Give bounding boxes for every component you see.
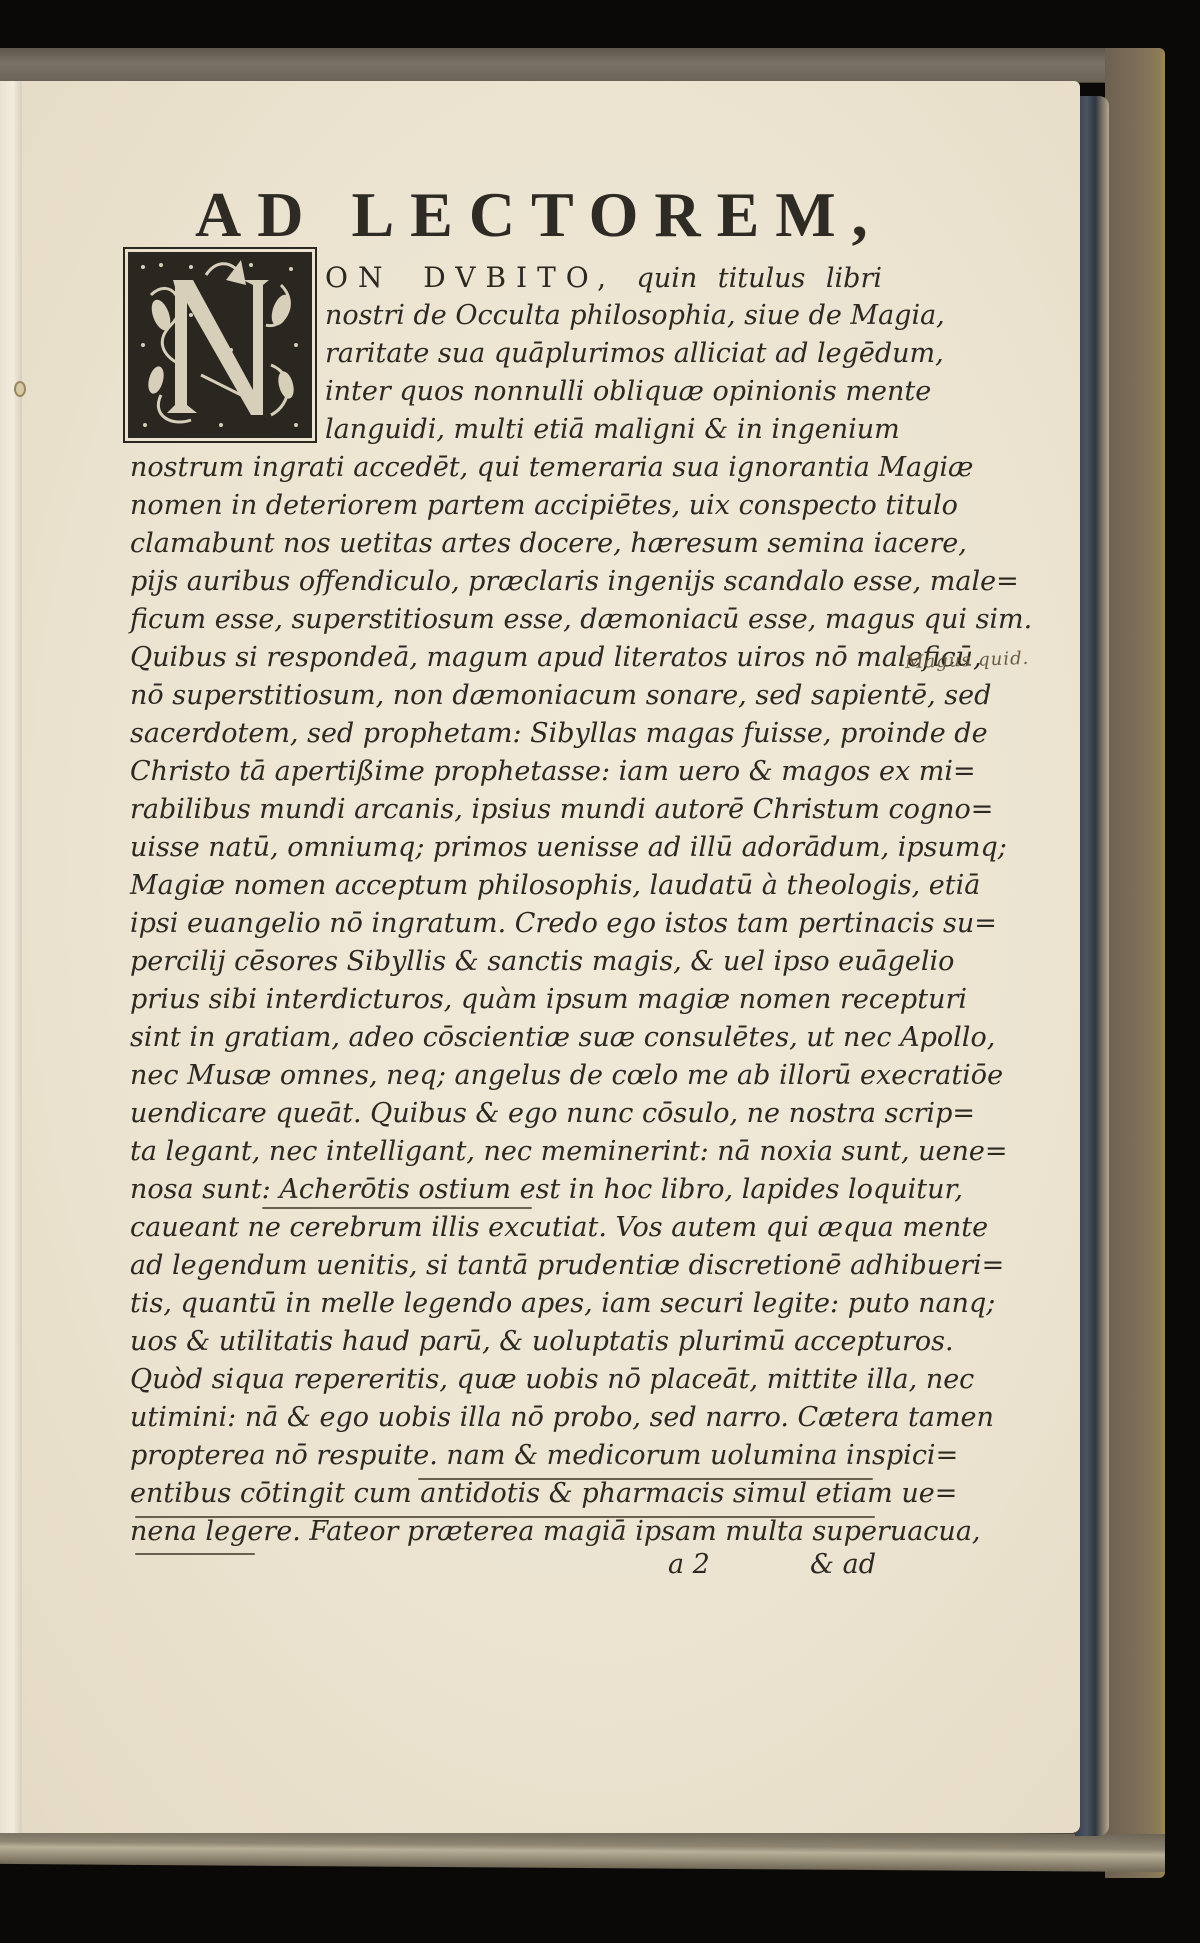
- gutter-left-page: [0, 81, 22, 1833]
- text-line-8: clamabunt nos uetitas artes docere, hære…: [130, 524, 882, 564]
- text-line-30: Quòd siqua repereritis, quæ uobis nō pla…: [130, 1360, 882, 1400]
- text-line-16: uisse natū, omniumq; primos uenisse ad i…: [130, 828, 882, 868]
- text-line-15: rabilibus mundi arcanis, ipsius mundi au…: [130, 790, 882, 830]
- text-line-27: ad legendum uenitis, si tantā prudentiæ …: [130, 1246, 882, 1286]
- ink-underline: [418, 1478, 873, 1480]
- ink-underline: [262, 1207, 532, 1209]
- text-line-4: inter quos nonnulli obliquæ opinionis me…: [325, 372, 882, 412]
- text-line-11: Quibus si respondeā, magum apud literato…: [130, 638, 882, 678]
- text-line-28: tis, quantū in melle legendo apes, iam s…: [130, 1284, 882, 1324]
- text-line-31: utimini: nā & ego uobis illa nō probo, s…: [130, 1398, 882, 1438]
- text-line-22: nec Musæ omnes, neq; angelus de cœlo me …: [130, 1056, 882, 1096]
- book-binding-top: [0, 48, 1160, 83]
- text-line-20: prius sibi interdicturos, quàm ipsum mag…: [130, 980, 882, 1020]
- decorated-initial-n: [128, 252, 312, 438]
- text-line-5: languidi, multi etiā maligni & in ingeni…: [325, 410, 882, 450]
- ink-underline: [135, 1516, 875, 1518]
- text-line-25: nosa sunt: Acherōtis ostium est in hoc l…: [130, 1170, 882, 1210]
- text-line-23: uendicare queāt. Quibus & ego nunc cōsul…: [130, 1094, 882, 1134]
- text-line-9: pijs auribus offendiculo, præclaris inge…: [130, 562, 882, 602]
- text-line-10: ficum esse, superstitiosum esse, dæmonia…: [130, 600, 882, 640]
- text-line-17: Magiæ nomen acceptum philosophis, laudat…: [130, 866, 882, 906]
- text-line-32: propterea nō respuite. nam & medicorum u…: [130, 1436, 882, 1476]
- text-line-19: percilij cēsores Sibyllis & sanctis magi…: [130, 942, 882, 982]
- page-title: AD LECTOREM,: [195, 178, 835, 252]
- text-line-6: nostrum ingrati accedēt, qui temeraria s…: [130, 448, 882, 488]
- book-cover-right-edge: [1105, 48, 1165, 1878]
- text-line-1: ON DVBITO, quin titulus libri: [325, 258, 882, 298]
- page-block-edge: [1075, 96, 1109, 1836]
- text-line-26: caueant ne cerebrum illis excutiat. Vos …: [130, 1208, 882, 1248]
- catchword: & ad: [810, 1545, 876, 1585]
- text-line-13: sacerdotem, sed prophetam: Sibyllas maga…: [130, 714, 882, 754]
- text-line-3: raritate sua quāplurimos alliciat ad leg…: [325, 334, 882, 374]
- ink-underline: [135, 1553, 255, 1555]
- text-line-29: uos & utilitatis haud parū, & uoluptatis…: [130, 1322, 882, 1362]
- binding-thread-mark: [14, 381, 26, 397]
- signature-mark: a 2: [668, 1545, 710, 1585]
- text-span: quin titulus libri: [637, 263, 882, 294]
- text-line-14: Christo tā apertißime prophetasse: iam u…: [130, 752, 882, 792]
- text-line-33: entibus cōtingit cum antidotis & pharmac…: [130, 1474, 882, 1514]
- text-line-21: sint in gratiam, adeo cōscientiæ suæ con…: [130, 1018, 882, 1058]
- handwritten-margin-note: Magus quid.: [905, 648, 1030, 673]
- text-line-2: nostri de Occulta philosophia, siue de M…: [325, 296, 882, 336]
- floral-ornament-icon: [131, 255, 309, 435]
- text-line-18: ipsi euangelio nō ingratum. Credo ego is…: [130, 904, 882, 944]
- text-line-12: nō superstitiosum, non dæmoniacum sonare…: [130, 676, 882, 716]
- text-line-7: nomen in deteriorem partem accipiētes, u…: [130, 486, 882, 526]
- text-line-34: nena legere. Fateor præterea magiā ipsam…: [130, 1512, 882, 1552]
- text-line-24: ta legant, nec intelligant, nec memineri…: [130, 1132, 882, 1172]
- opening-caps: ON DVBITO,: [325, 261, 616, 294]
